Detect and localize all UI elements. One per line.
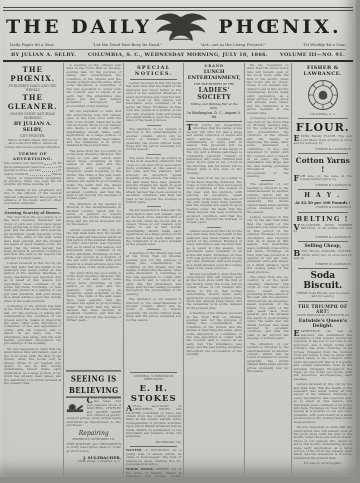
ladies-ad-fair-line: Sitting and Walking Fair at the Park. bbox=[186, 102, 241, 110]
slogan-price-triweekly: Tri-Weekly $6 a Year. bbox=[303, 42, 346, 47]
section-rule bbox=[298, 268, 348, 269]
newspaper-page: THE DAILY PHŒNIX. Daily Paper $8 a Year.… bbox=[0, 0, 356, 477]
article-heading: Growing Scarcity of Horses. bbox=[4, 211, 61, 215]
seal-icon bbox=[294, 78, 352, 112]
column-1: THE PHŒNIX. PUBLISHED DAILY AND TRI-WEEK… bbox=[2, 63, 63, 477]
article-paragraph: We are requested to state that the subsc… bbox=[4, 348, 61, 385]
column-2-body: A meeting of the citizens was held at th… bbox=[66, 64, 121, 372]
column-4: GRAND LUNCH ENTERTAINMENT, FOR THE BENEF… bbox=[183, 63, 243, 477]
belting-heading: BELTING ! bbox=[294, 215, 352, 223]
section-rule bbox=[147, 206, 161, 207]
ladies-society-ad: GRAND LUNCH ENTERTAINMENT, FOR THE BENEF… bbox=[186, 64, 241, 122]
article-paragraph: A meeting of the citizens was held at th… bbox=[4, 305, 61, 346]
wanted-body: A SITUATION, by a young man of steady ha… bbox=[126, 448, 181, 466]
article-paragraph: The news from the up-country is of the m… bbox=[66, 150, 121, 201]
section-rule bbox=[207, 227, 221, 228]
belting-body: VULCANIZED INDIA RUBBER BELTING, of all … bbox=[294, 224, 352, 234]
ladies-ad-date: In Washington, D. C., August 5, '66. bbox=[186, 111, 241, 119]
article-paragraph: The news from the up-country is of the m… bbox=[66, 272, 121, 323]
article-paragraph: Letters received in this city by the las… bbox=[247, 216, 289, 274]
firm-signature: FISHER & LAWRANCE. bbox=[294, 206, 352, 209]
stokes-name: E. H. STOKES bbox=[126, 384, 181, 404]
firm-signature: FISHER & LAWRANCE. bbox=[294, 263, 352, 266]
article-paragraph: We are requested to state that the subsc… bbox=[66, 110, 121, 147]
special-notices-body: Letters received in this city by the las… bbox=[126, 82, 181, 370]
article-paragraph: A meeting of the citizens was held at th… bbox=[66, 64, 121, 108]
gleaner-heading: THE GLEANER. bbox=[4, 93, 61, 111]
article-paragraph: Letters received in this city by the las… bbox=[186, 230, 241, 271]
stokes-ad: GENERAL COMMISSION MERCHANT. E. H. STOKE… bbox=[126, 375, 181, 444]
date-place-line: COLUMBIA, S. C., WEDNESDAY MORNING, JULY… bbox=[88, 52, 268, 58]
article-paragraph: We are requested to state that the subsc… bbox=[294, 426, 352, 460]
ladies-ad-benefit: FOR THE BENEFIT OF THE bbox=[186, 82, 241, 86]
eagle-icon bbox=[152, 11, 210, 43]
column-6: FISHER & LAWRANCE. COLUMBIA, S. C. FLOUR… bbox=[291, 63, 354, 477]
section-rule bbox=[298, 153, 348, 154]
volume-number: VOLUME III—NO. 91. bbox=[280, 52, 345, 58]
article-paragraph: Letters received in this city by the las… bbox=[294, 383, 352, 424]
article-paragraph: The attention of our readers is directed… bbox=[66, 203, 121, 227]
article-paragraph: Letters received in this city by the las… bbox=[66, 229, 121, 270]
firm-signature: FISHER & LAWRANCE. bbox=[294, 148, 352, 151]
column-3: SPECIAL NOTICES. Letters received in thi… bbox=[123, 63, 183, 477]
section-rule bbox=[130, 372, 177, 373]
article-paragraph: We are requested to state that the subsc… bbox=[186, 273, 241, 310]
yarns-body: FOR sale, by the bale, at the lowest mar… bbox=[294, 175, 352, 182]
article-paragraph: A meeting of the citizens was held at th… bbox=[247, 117, 289, 178]
fisher-city: COLUMBIA, S. C. bbox=[294, 113, 352, 116]
article-paragraph: The news from the up-country is of the m… bbox=[4, 216, 61, 260]
fisher-lawrance-heading: FISHER & LAWRANCE. bbox=[294, 65, 352, 77]
notice-paragraph: The attention of our readers is directed… bbox=[126, 128, 181, 152]
article-paragraph: The attention of our readers is directed… bbox=[247, 183, 289, 214]
seeing-ad-line: FINE JEWELRY and ORNAMENTS of every desc… bbox=[66, 443, 121, 453]
dot-leader bbox=[46, 167, 57, 168]
section-rule bbox=[298, 189, 348, 190]
firm-signature: FISHER & LAWRANCE. bbox=[294, 184, 352, 187]
cotton-yarns-heading: Cotton Yarns ! bbox=[294, 156, 352, 174]
article-paragraph: Letters received in this city by the las… bbox=[4, 262, 61, 303]
section-rule bbox=[130, 446, 177, 447]
flour-heading: FLOUR. bbox=[294, 121, 352, 134]
repairing-script: Repairing bbox=[66, 430, 121, 437]
soda-biscuit-heading: Soda Biscuit. bbox=[294, 271, 352, 291]
notice-paragraph: The attention of our readers is directed… bbox=[126, 298, 181, 322]
slogan-motto-left: "Let the Dead Past Bury Its Dead." bbox=[92, 42, 162, 47]
gleaner-subheading: ISSUED EVERY SATURDAY MORNING bbox=[4, 112, 61, 120]
article-paragraph: The attention of our readers is directed… bbox=[247, 343, 289, 374]
druggists-line: For sale by all Druggists. bbox=[294, 462, 352, 465]
column-1-body: The news from the up-country is of the m… bbox=[4, 216, 61, 474]
article-paragraph: A meeting of the citizens was held at th… bbox=[186, 312, 241, 356]
column-grid: THE PHŒNIX. PUBLISHED DAILY AND TRI-WEEK… bbox=[2, 63, 354, 477]
ladies-ad-body: THE public are respectfully informed tha… bbox=[186, 124, 241, 175]
firm-signature: FISHER & LAWRANCE. bbox=[294, 236, 352, 239]
masthead-slogans: Daily Paper $8 a Year. "Let the Dead Pas… bbox=[10, 42, 346, 50]
article-paragraph: The news from the up-country is of the m… bbox=[247, 276, 289, 341]
hay-heading: H A Y . bbox=[294, 192, 352, 199]
column-5: We are requested to state that the subsc… bbox=[244, 63, 291, 477]
queens-delight-heading: Entwisle's Queen's Delight. bbox=[294, 319, 352, 329]
section-rule bbox=[130, 79, 177, 80]
section-rule bbox=[8, 208, 57, 209]
column-2: A meeting of the citizens was held at th… bbox=[63, 63, 123, 477]
ladies-ad-grand: GRAND bbox=[186, 64, 241, 68]
flour-body: EXTRA Family FLOUR, Rye and Corn Meal, f… bbox=[294, 135, 352, 145]
stokes-city: RICHMOND, VA. bbox=[126, 441, 181, 444]
phoenix-heading: THE PHŒNIX. bbox=[4, 65, 61, 83]
stokes-ad-preline: GENERAL COMMISSION MERCHANT. bbox=[126, 375, 181, 382]
sulzbacher-address: Main street, Columbia, S. C. bbox=[66, 460, 121, 463]
slogan-motto-right: "Act—act in the Living Present!" bbox=[200, 42, 266, 47]
section-rule bbox=[261, 180, 275, 181]
selling-cheap-body: BEST Brown SUGARS, COFFEE, TEAS, SALT, &… bbox=[294, 250, 352, 260]
publisher-line: BY JULIAN A. SELBY, bbox=[4, 121, 61, 133]
wood-ad: WOOD! WOOD! ORDERS left at the store of … bbox=[126, 468, 181, 477]
section-rule bbox=[147, 154, 161, 155]
stokes-ad-body: A FULL assortment of GROCERIES, WINES an… bbox=[126, 405, 181, 439]
advertising-terms-heading: TERMS OF ADVERTISING. bbox=[4, 151, 61, 161]
special-notices-heading: SPECIAL NOTICES. bbox=[126, 65, 181, 77]
notice-paragraph: The news from the up-country is of the m… bbox=[126, 157, 181, 205]
article-paragraph: The news from the up-country is of the m… bbox=[186, 177, 241, 225]
watch-engraving-icon bbox=[66, 398, 84, 417]
masthead: THE DAILY PHŒNIX. bbox=[6, 12, 350, 42]
section-rule bbox=[298, 241, 348, 242]
notice-paragraph: We are requested to state that the subsc… bbox=[126, 209, 181, 246]
triumph-subline: OVER DISEASE IS COMPLETE IN bbox=[294, 314, 352, 317]
ladies-ad-title: LUNCH ENTERTAINMENT, bbox=[186, 69, 241, 81]
queens-delight-body: EXPERIENCE, the best of teachers, has es… bbox=[294, 330, 352, 381]
seeing-ad-banner: SEEING IS BELIEVING bbox=[66, 370, 121, 398]
slogan-price-daily: Daily Paper $8 a Year. bbox=[10, 42, 55, 47]
section-rule bbox=[298, 118, 348, 119]
notice-paragraph: Letters received in this city by the las… bbox=[126, 82, 181, 123]
section-rule bbox=[147, 125, 161, 126]
notice-paragraph: A meeting of the citizens was held at th… bbox=[126, 252, 181, 296]
phoenix-subheading: PUBLISHED DAILY AND TRI-WEEKLY bbox=[4, 84, 61, 92]
office-note: Office on Main street, third door above … bbox=[4, 139, 61, 149]
section-rule bbox=[298, 212, 348, 213]
dateline-row: BY JULIAN A. SELBY. COLUMBIA, S. C., WED… bbox=[3, 50, 353, 62]
publisher-byline: BY JULIAN A. SELBY. bbox=[11, 52, 76, 58]
subscription-note: Terms of subscription—invariably in adva… bbox=[4, 177, 61, 187]
dot-leader bbox=[44, 164, 51, 165]
section-rule bbox=[147, 249, 161, 250]
wanted-ad: WANTED, A SITUATION, by a young man of s… bbox=[126, 449, 181, 466]
seeing-ad-line: PROMPTLY ATTENDED TO. bbox=[66, 438, 121, 441]
section-rule bbox=[298, 301, 348, 302]
ladies-society-name: LADIES' SOCIETY bbox=[186, 87, 241, 101]
seeing-is-believing-ad: SEEING IS BELIEVING CALL and examine the… bbox=[66, 373, 121, 464]
soda-biscuit-body: FRESH Soda Biscuit, just received and fo… bbox=[294, 292, 352, 299]
courtesy-note: The thanks of the proprietor are due to … bbox=[4, 189, 61, 206]
masthead-title-left: THE DAILY bbox=[6, 16, 152, 38]
article-paragraph: We are requested to state that the subsc… bbox=[247, 64, 289, 115]
masthead-title-right: PHŒNIX. bbox=[210, 16, 350, 38]
